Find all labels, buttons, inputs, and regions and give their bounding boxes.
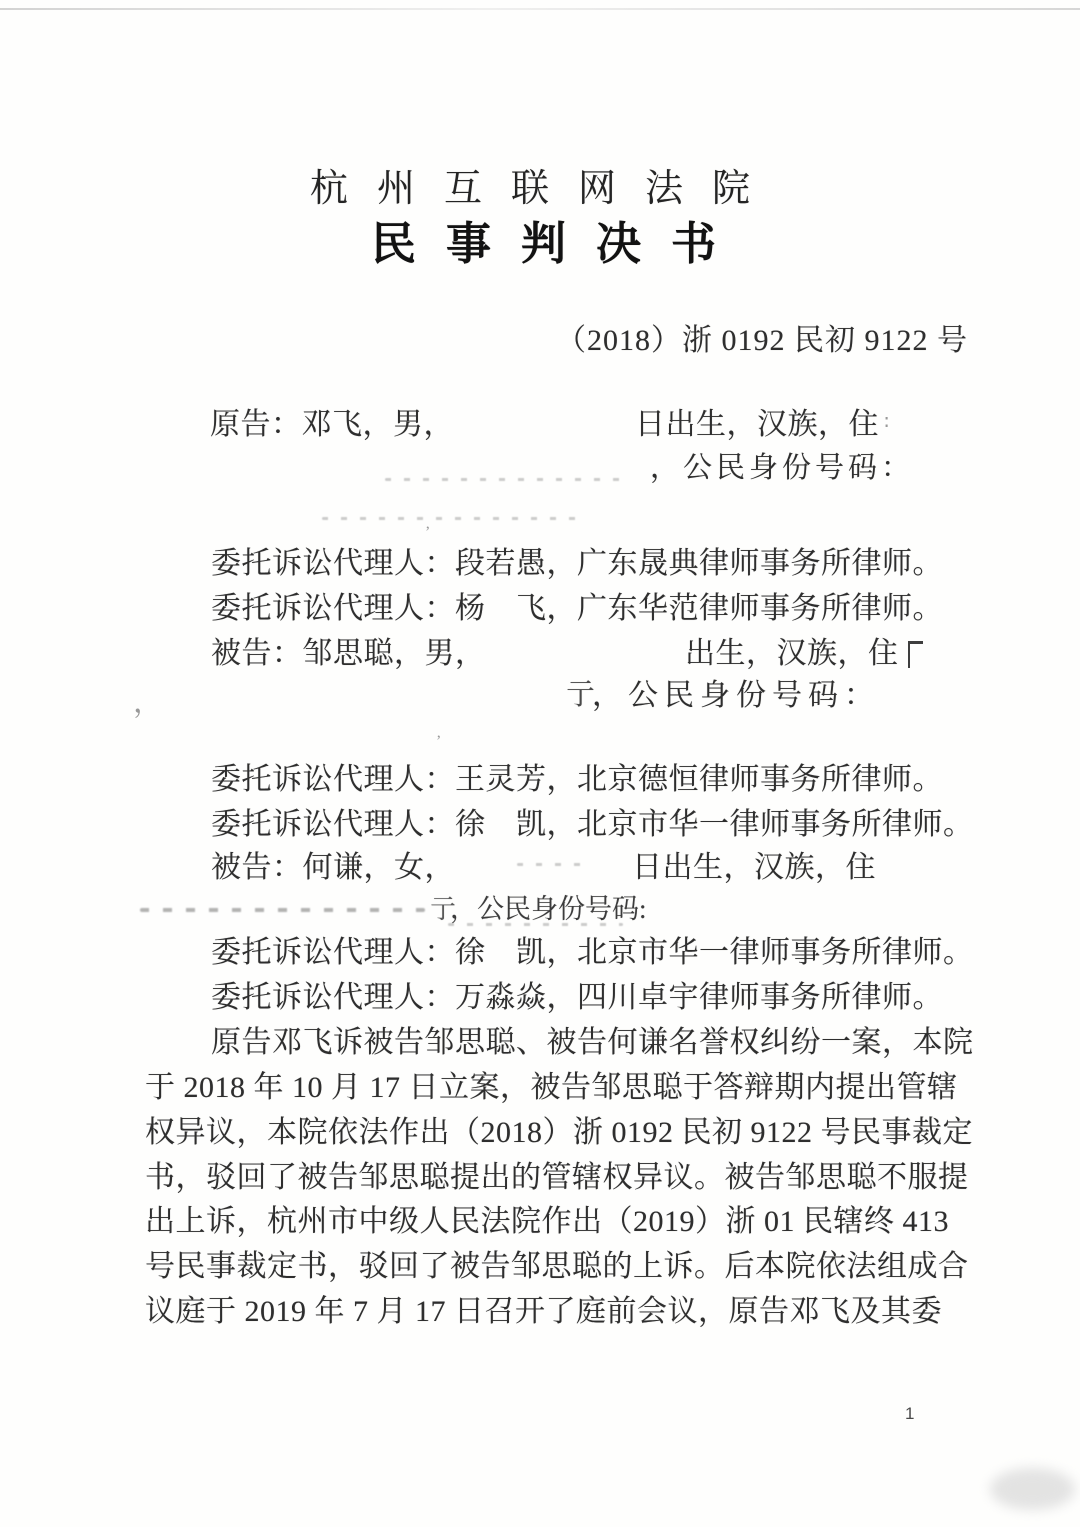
page-number: 1 bbox=[905, 1404, 914, 1424]
plaintiff-agent-2: 委托诉讼代理人：杨 飞，广东华范律师事务所律师。 bbox=[211, 592, 943, 627]
body-line-6: 号民事裁定书，驳回了被告邹思聪的上诉。后本院依法组成合 bbox=[145, 1250, 969, 1285]
document-title: 民事判决书 bbox=[371, 219, 746, 271]
defendant1-id-label: ，公民身份号码： bbox=[592, 679, 880, 714]
defendant1-agent-2: 委托诉讼代理人：徐 凯，北京市华一律师事务所律师。 bbox=[211, 808, 974, 843]
defendant2-agent-1: 委托诉讼代理人：徐 凯，北京市华一律师事务所律师。 bbox=[211, 936, 974, 971]
defendant2-id-label: ，公民身份号码: bbox=[450, 894, 647, 925]
redaction-edge-dots: ∶ bbox=[884, 412, 890, 435]
redacted-text-trace bbox=[385, 478, 630, 481]
plaintiff-intro: 原告：邓飞，男， bbox=[210, 408, 454, 443]
case-number: （2018）浙 0192 民初 9122 号 bbox=[556, 324, 968, 359]
defendant1-intro: 被告：邹思聪，男， bbox=[211, 637, 486, 672]
defendant1-agent-1: 委托诉讼代理人：王灵芳，北京德恒律师事务所律师。 bbox=[211, 763, 943, 798]
redacted-text-trace bbox=[140, 908, 425, 912]
body-line-1: 原告邓飞诉被告邹思聪、被告何谦名誉权纠纷一案，本院 bbox=[211, 1026, 974, 1061]
redacted-text-trace bbox=[322, 517, 587, 520]
court-name: 杭州互联网法院 bbox=[310, 168, 779, 212]
scan-edge-line bbox=[0, 8, 1080, 10]
scan-smudge bbox=[990, 1468, 1075, 1510]
redacted-text-trace bbox=[517, 863, 585, 866]
defendant1-birth: 出生，汉族，住 bbox=[685, 637, 899, 672]
defendant2-agent-2: 委托诉讼代理人：万淼焱，四川卓宇律师事务所律师。 bbox=[211, 981, 943, 1016]
body-line-3: 权异议，本院依法作出（2018）浙 0192 民初 9122 号民事裁定 bbox=[145, 1116, 973, 1151]
stray-speck: ’ bbox=[425, 524, 431, 542]
body-line-7: 议庭于 2019 年 7 月 17 日召开了庭前会议，原告邓飞及其委 bbox=[145, 1295, 942, 1330]
defendant2-birth: 日出生，汉族，住 bbox=[632, 851, 876, 886]
judgment-document-page: 杭州互联网法院 民事判决书 （2018）浙 0192 民初 9122 号 原告：… bbox=[0, 0, 1080, 1527]
body-line-5: 出上诉，杭州市中级人民法院作出（2019）浙 01 民辖终 413 bbox=[145, 1205, 949, 1240]
redacted-text-trace bbox=[448, 923, 623, 926]
defendant2-intro: 被告：何谦，女， bbox=[211, 851, 455, 886]
plaintiff-id-label: ，公民身份号码： bbox=[650, 452, 914, 485]
body-line-4: 书，驳回了被告邹思聪提出的管辖权异议。被告邹思聪不服提 bbox=[145, 1161, 969, 1196]
stray-comma: ， bbox=[133, 686, 164, 721]
body-line-2: 于 2018 年 10 月 17 日立案，被告邹思聪于答辩期内提出管辖 bbox=[145, 1071, 958, 1106]
redaction-edge-fragment bbox=[908, 641, 923, 668]
plaintiff-birth: 日出生，汉族，住 bbox=[635, 408, 879, 443]
stray-speck: ’ bbox=[436, 733, 442, 751]
plaintiff-agent-1: 委托诉讼代理人：段若愚，广东晟典律师事务所律师。 bbox=[211, 547, 943, 582]
